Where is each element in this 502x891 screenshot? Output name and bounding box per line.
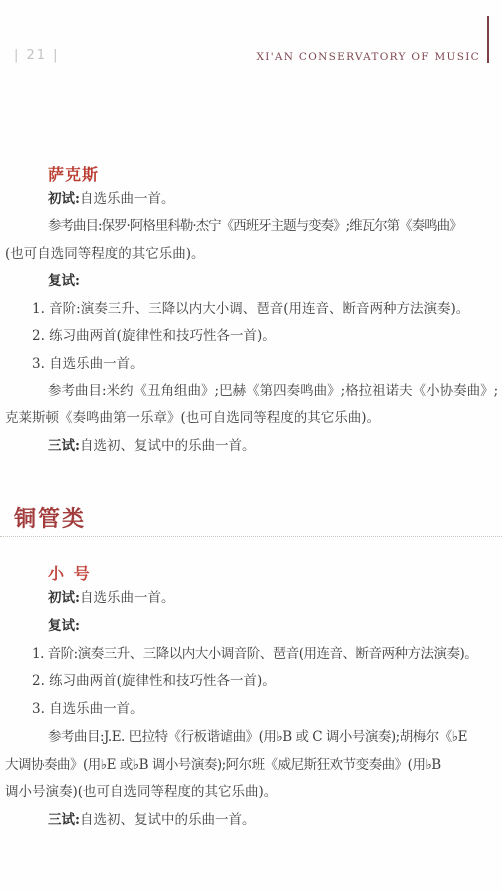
brass-dotted-rule: [0, 536, 502, 537]
text-line: 3. 自选乐曲一首。: [32, 700, 144, 718]
line-label: 三试:: [48, 812, 80, 828]
text-line: 三试:自选初、复试中的乐曲一首。: [48, 811, 255, 829]
line-text: 大调协奏曲》(用♭E 或♭B 调小号演奏);阿尔班《威尼斯狂欢节变奏曲》(用♭B: [5, 757, 441, 773]
text-line: 参考曲目:J.E. 巴拉特《行板谐谑曲》(用♭B 或 C 调小号演奏);胡梅尔《…: [48, 728, 467, 746]
text-line: 参考曲目:保罗·阿格里科勒·杰宁《西班牙主题与变奏》;维瓦尔第《奏鸣曲》: [48, 217, 462, 235]
line-text: 3. 自选乐曲一首。: [32, 356, 144, 372]
text-line: 3. 自选乐曲一首。: [32, 355, 144, 373]
document-page: | 21 | XI'AN CONSERVATORY OF MUSIC 萨克斯 初…: [0, 0, 502, 891]
line-label: 初试:: [48, 590, 80, 606]
text-line: 参考曲目:米约《丑角组曲》;巴赫《第四奏鸣曲》;格拉祖诺夫《小协奏曲》;: [48, 382, 498, 400]
text-line: 初试:自选乐曲一首。: [48, 589, 174, 607]
text-line: (也可自选同等程度的其它乐曲)。: [5, 245, 205, 263]
line-text: 1. 音阶:演奏三升、三降以内大小调音阶、琶音(用连音、断音两种方法演奏)。: [32, 646, 477, 662]
header-title: XI'AN CONSERVATORY OF MUSIC: [257, 51, 481, 63]
line-text: 自选乐曲一首。: [80, 191, 175, 207]
text-line: 2. 练习曲两首(旋律性和技巧性各一首)。: [32, 327, 276, 345]
line-text: 自选初、复试中的乐曲一首。: [80, 812, 256, 828]
text-line: 复试:: [48, 272, 80, 290]
line-label: 初试:: [48, 191, 80, 207]
text-line: 复试:: [48, 617, 80, 635]
line-text: (也可自选同等程度的其它乐曲)。: [5, 246, 205, 262]
line-text: 自选初、复试中的乐曲一首。: [80, 438, 256, 454]
line-text: 参考曲目:米约《丑角组曲》;巴赫《第四奏鸣曲》;格拉祖诺夫《小协奏曲》;: [48, 383, 498, 399]
text-line: 初试:自选乐曲一首。: [48, 190, 174, 208]
header-vertical-rule: [487, 16, 489, 63]
line-text: 参考曲目:J.E. 巴拉特《行板谐谑曲》(用♭B 或 C 调小号演奏);胡梅尔《…: [48, 729, 467, 745]
text-line: 三试:自选初、复试中的乐曲一首。: [48, 437, 255, 455]
text-line: 大调协奏曲》(用♭E 或♭B 调小号演奏);阿尔班《威尼斯狂欢节变奏曲》(用♭B: [5, 756, 441, 774]
line-label: 三试:: [48, 438, 80, 454]
line-label: 复试:: [48, 618, 80, 634]
line-label: 复试:: [48, 273, 80, 289]
line-text: 调小号演奏)(也可自选同等程度的其它乐曲)。: [5, 784, 277, 800]
line-text: 参考曲目:保罗·阿格里科勒·杰宁《西班牙主题与变奏》;维瓦尔第《奏鸣曲》: [48, 218, 462, 234]
text-line: 2. 练习曲两首(旋律性和技巧性各一首)。: [32, 672, 276, 690]
text-line: 1. 音阶:演奏三升、三降以内大小调音阶、琶音(用连音、断音两种方法演奏)。: [32, 645, 477, 663]
line-text: 克莱斯顿《奏鸣曲第一乐章》(也可自选同等程度的其它乐曲)。: [5, 410, 380, 426]
line-text: 3. 自选乐曲一首。: [32, 701, 144, 717]
line-text: 自选乐曲一首。: [80, 590, 175, 606]
line-text: 1. 音阶:演奏三升、三降以内大小调、琶音(用连音、断音两种方法演奏)。: [32, 301, 469, 317]
page-number: | 21 |: [14, 48, 60, 63]
line-text: 2. 练习曲两首(旋律性和技巧性各一首)。: [32, 328, 276, 344]
text-line: 克莱斯顿《奏鸣曲第一乐章》(也可自选同等程度的其它乐曲)。: [5, 409, 380, 427]
section-title-brass: 铜管类: [14, 502, 86, 533]
section-title-trumpet: 小 号: [48, 561, 92, 584]
line-text: 2. 练习曲两首(旋律性和技巧性各一首)。: [32, 673, 276, 689]
section-title-saxophone: 萨克斯: [48, 162, 99, 185]
text-line: 调小号演奏)(也可自选同等程度的其它乐曲)。: [5, 783, 277, 801]
text-line: 1. 音阶:演奏三升、三降以内大小调、琶音(用连音、断音两种方法演奏)。: [32, 300, 469, 318]
